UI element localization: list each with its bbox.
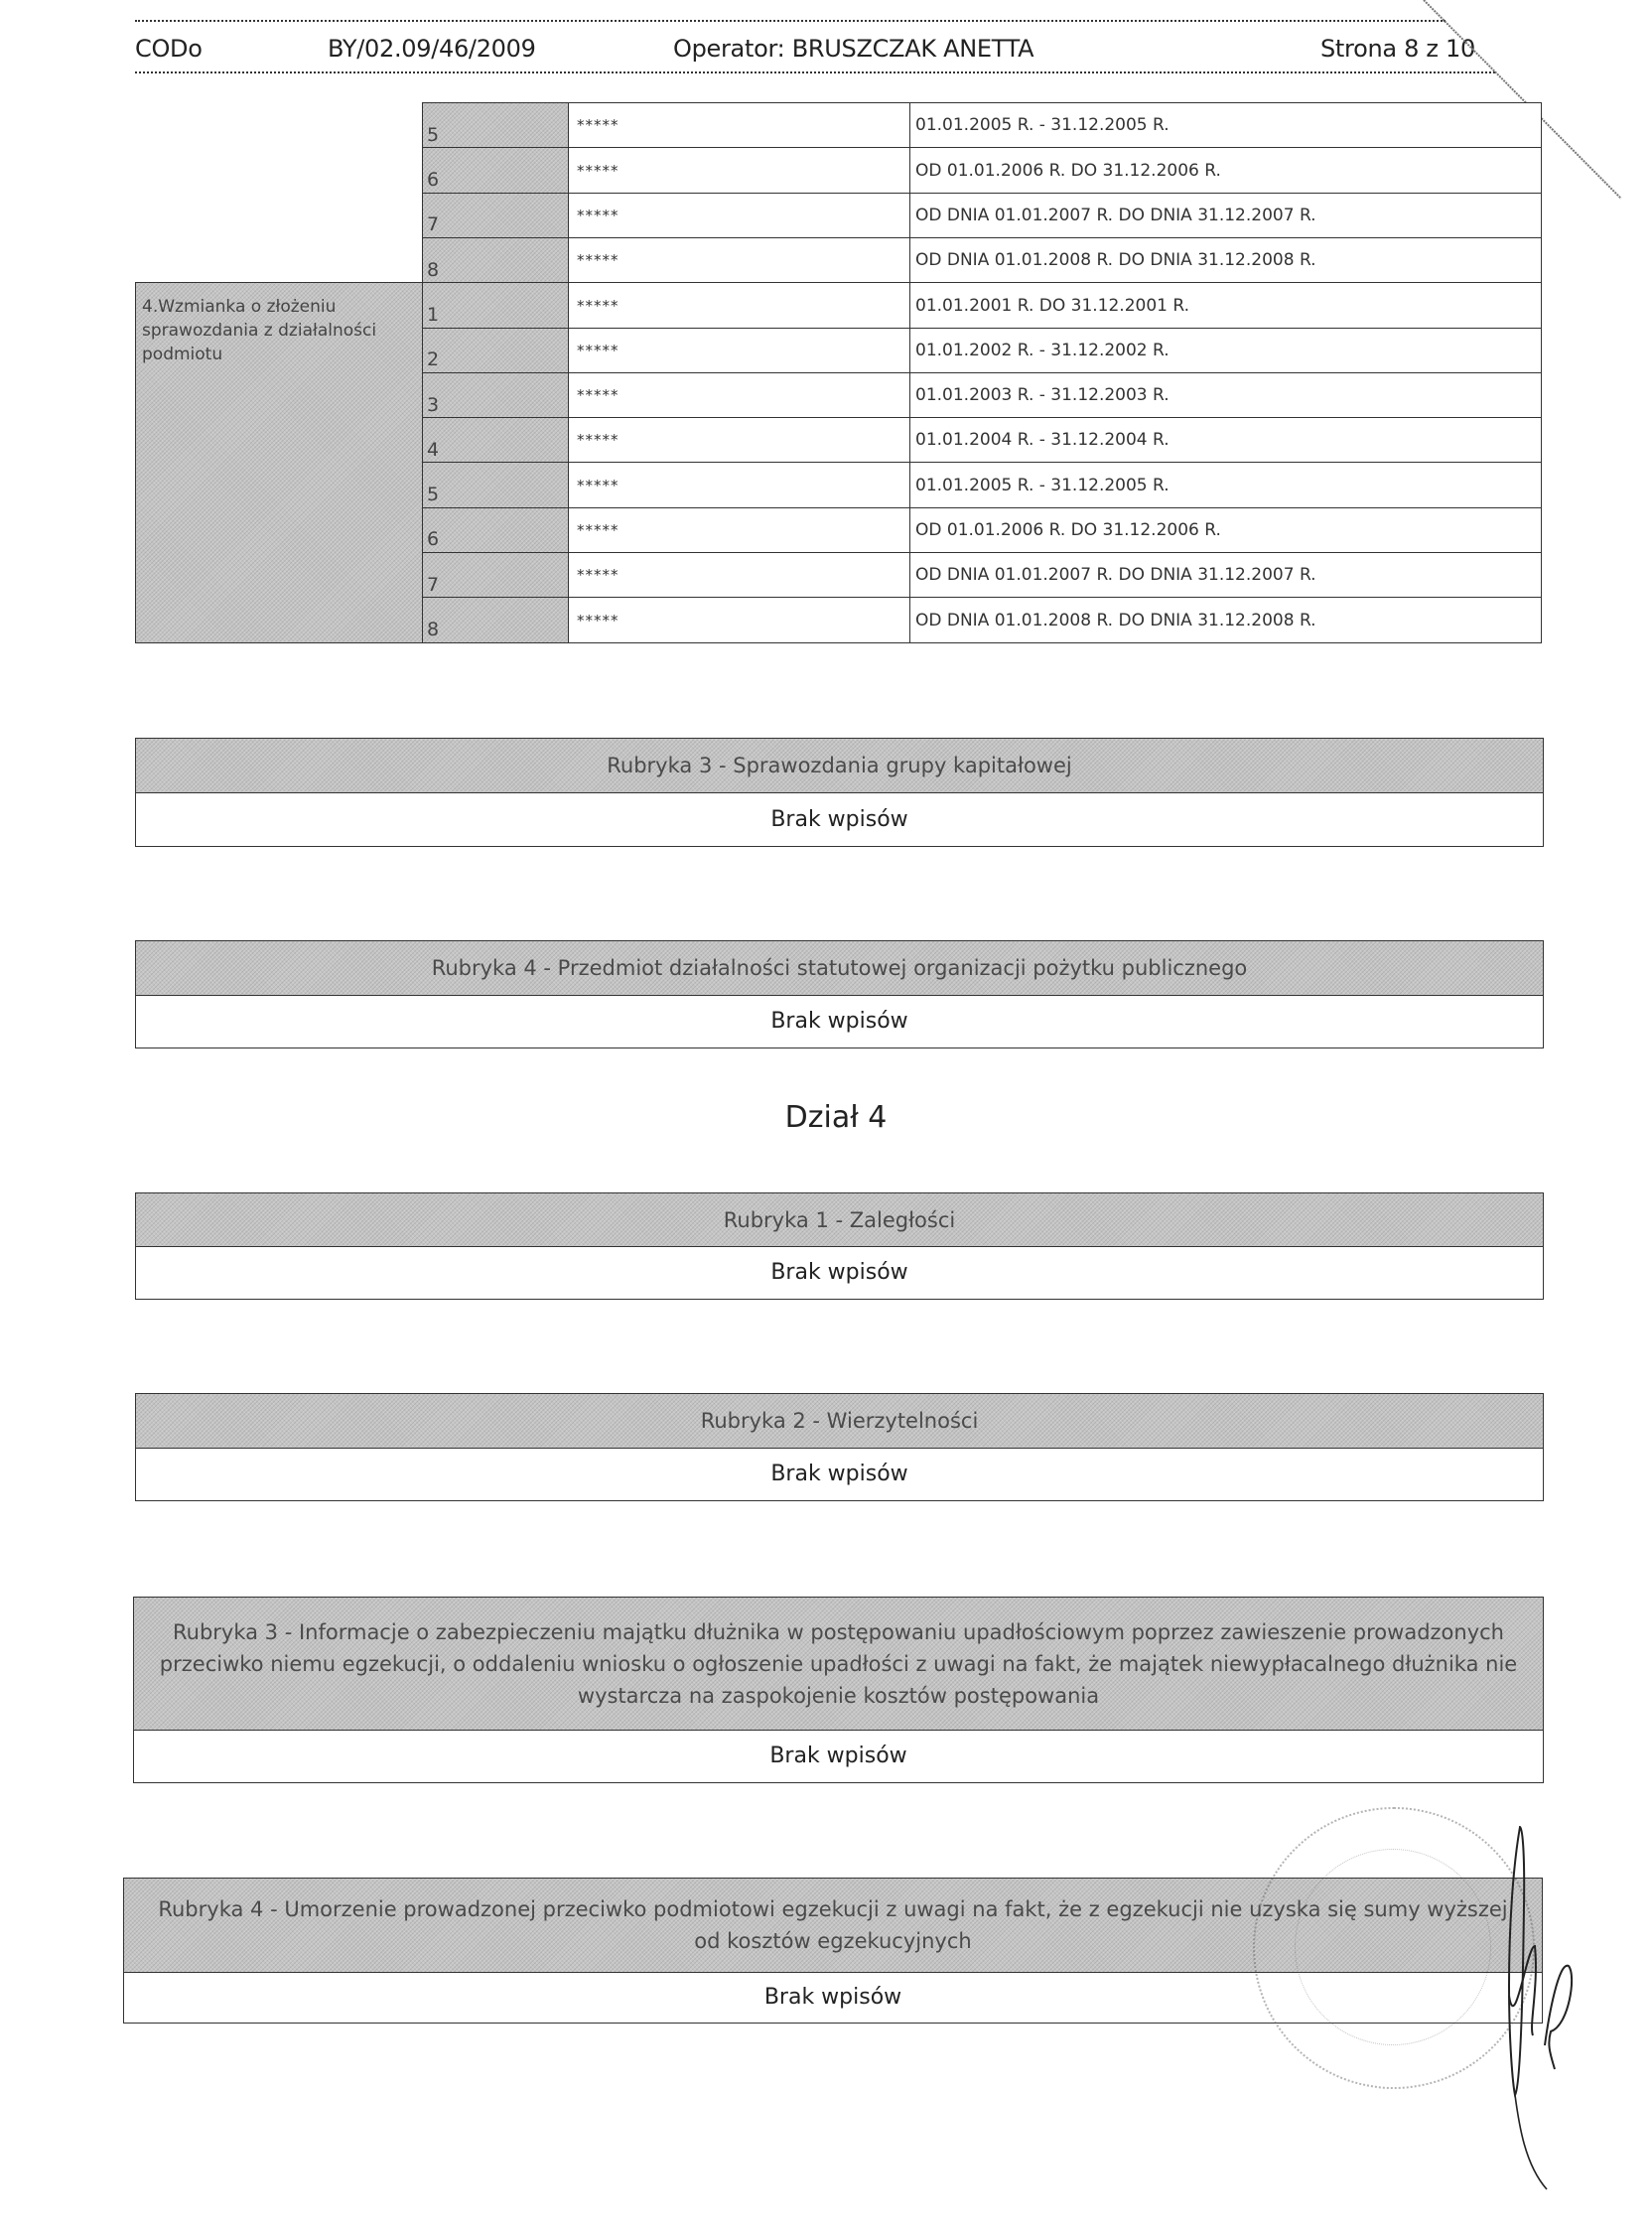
row-number-cell: 8	[422, 237, 570, 284]
row-number-cell: 3	[422, 372, 570, 419]
row-number-cell: 1	[422, 282, 570, 329]
section-empty-notice: Brak wpisów	[134, 1731, 1543, 1781]
section-heading: Rubryka 3 - Sprawozdania grupy kapitałow…	[136, 739, 1543, 793]
section-box-rubryka-1-dzial-4: Rubryka 1 - Zaległości Brak wpisów	[135, 1192, 1544, 1300]
handwritten-signature	[1489, 1787, 1628, 2204]
section-empty-notice: Brak wpisów	[136, 1449, 1543, 1499]
row-number-cell: 8	[422, 597, 570, 643]
group-label-cell: 4.Wzmianka o złożeniu sprawozdania z dzi…	[135, 282, 424, 643]
operator-name: Operator: BRUSZCZAK ANETTA	[673, 34, 1033, 64]
header-bottom-rule	[135, 71, 1495, 73]
period-cell: 01.01.2003 R. - 31.12.2003 R.	[909, 372, 1542, 419]
masked-value-cell: *****	[568, 237, 911, 284]
masked-value-cell: *****	[568, 597, 911, 643]
masked-value-cell: *****	[568, 507, 911, 554]
period-cell: 01.01.2005 R. - 31.12.2005 R.	[909, 102, 1542, 149]
row-number-cell: 5	[422, 462, 570, 508]
period-cell: OD 01.01.2006 R. DO 31.12.2006 R.	[909, 147, 1542, 194]
period-cell: 01.01.2005 R. - 31.12.2005 R.	[909, 462, 1542, 508]
case-number: BY/02.09/46/2009	[328, 34, 536, 64]
section-empty-notice: Brak wpisów	[136, 996, 1543, 1047]
system-name: CODo	[135, 34, 203, 64]
section-heading: Rubryka 1 - Zaległości	[136, 1193, 1543, 1247]
period-cell: 01.01.2001 R. DO 31.12.2001 R.	[909, 282, 1542, 329]
masked-value-cell: *****	[568, 417, 911, 464]
period-cell: 01.01.2004 R. - 31.12.2004 R.	[909, 417, 1542, 464]
masked-value-cell: *****	[568, 147, 911, 194]
section-box-rubryka-3-dzial-3: Rubryka 3 - Sprawozdania grupy kapitałow…	[135, 738, 1544, 847]
period-cell: OD DNIA 01.01.2007 R. DO DNIA 31.12.2007…	[909, 552, 1542, 599]
section-box-rubryka-3-dzial-4: Rubryka 3 - Informacje o zabezpieczeniu …	[133, 1597, 1544, 1783]
section-empty-notice: Brak wpisów	[136, 1247, 1543, 1298]
section-box-rubryka-4-dzial-3: Rubryka 4 - Przedmiot działalności statu…	[135, 940, 1544, 1048]
masked-value-cell: *****	[568, 193, 911, 239]
masked-value-cell: *****	[568, 462, 911, 508]
dzial-4-title: Dział 4	[0, 1100, 1652, 1135]
row-number-cell: 4	[422, 417, 570, 464]
period-cell: 01.01.2002 R. - 31.12.2002 R.	[909, 328, 1542, 374]
masked-value-cell: *****	[568, 282, 911, 329]
masked-value-cell: *****	[568, 372, 911, 419]
row-number-cell: 6	[422, 507, 570, 554]
section-heading: Rubryka 2 - Wierzytelności	[136, 1394, 1543, 1449]
period-cell: OD DNIA 01.01.2008 R. DO DNIA 31.12.2008…	[909, 237, 1542, 284]
period-cell: OD DNIA 01.01.2008 R. DO DNIA 31.12.2008…	[909, 597, 1542, 643]
period-cell: OD DNIA 01.01.2007 R. DO DNIA 31.12.2007…	[909, 193, 1542, 239]
section-box-rubryka-2-dzial-4: Rubryka 2 - Wierzytelności Brak wpisów	[135, 1393, 1544, 1501]
period-cell: OD 01.01.2006 R. DO 31.12.2006 R.	[909, 507, 1542, 554]
row-number-cell: 7	[422, 552, 570, 599]
row-number-cell: 7	[422, 193, 570, 239]
masked-value-cell: *****	[568, 328, 911, 374]
header-top-rule	[135, 20, 1445, 22]
section-heading: Rubryka 3 - Informacje o zabezpieczeniu …	[134, 1598, 1543, 1731]
row-number-cell: 6	[422, 147, 570, 194]
masked-value-cell: *****	[568, 552, 911, 599]
section-heading: Rubryka 4 - Przedmiot działalności statu…	[136, 941, 1543, 996]
row-number-cell: 5	[422, 102, 570, 149]
masked-value-cell: *****	[568, 102, 911, 149]
section-empty-notice: Brak wpisów	[136, 793, 1543, 845]
row-number-cell: 2	[422, 328, 570, 374]
